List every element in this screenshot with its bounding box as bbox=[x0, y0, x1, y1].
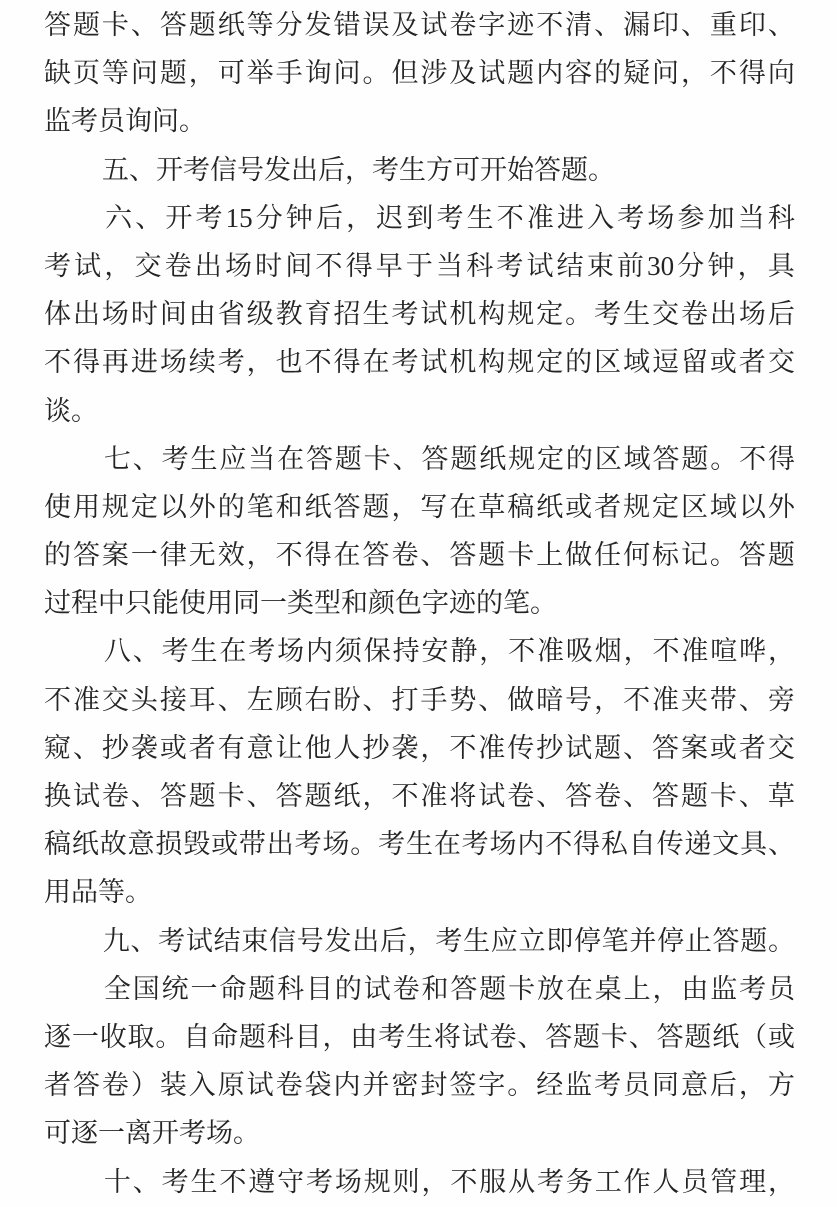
document-page: 答题卡、答题纸等分发错误及试卷字迹不清、漏印、重印、缺页等问题，可举手询问。但涉… bbox=[0, 0, 837, 1207]
text-line: 监考员询问。 bbox=[44, 97, 795, 145]
exam-rules-text: 答题卡、答题纸等分发错误及试卷字迹不清、漏印、重印、缺页等问题，可举手询问。但涉… bbox=[44, 1, 795, 1206]
text-line: 过程中只能使用同一类型和颜色字迹的笔。 bbox=[44, 579, 795, 627]
text-line: 缺页等问题，可举手询问。但涉及试题内容的疑问，不得向 bbox=[44, 49, 795, 97]
text-line: 七、考生应当在答题卡、答题纸规定的区域答题。不得 bbox=[44, 435, 795, 483]
text-line: 使用规定以外的笔和纸答题，写在草稿纸或者规定区域以外 bbox=[44, 483, 795, 531]
text-line: 谈。 bbox=[44, 387, 795, 435]
text-line: 窥、抄袭或者有意让他人抄袭，不准传抄试题、答案或者交 bbox=[44, 724, 795, 772]
text-line: 五、开考信号发出后，考生方可开始答题。 bbox=[44, 146, 795, 194]
text-line: 不准交头接耳、左顾右盼、打手势、做暗号，不准夹带、旁 bbox=[44, 676, 795, 724]
text-line: 者答卷）装入原试卷袋内并密封签字。经监考员同意后，方 bbox=[44, 1061, 795, 1109]
text-line: 体出场时间由省级教育招生考试机构规定。考生交卷出场后 bbox=[44, 290, 795, 338]
text-line: 九、考试结束信号发出后，考生应立即停笔并停止答题。 bbox=[44, 917, 795, 965]
text-line: 可逐一离开考场。 bbox=[44, 1109, 795, 1157]
text-line: 八、考生在考场内须保持安静，不准吸烟，不准喧哗， bbox=[44, 627, 795, 675]
text-line: 答题卡、答题纸等分发错误及试卷字迹不清、漏印、重印、 bbox=[44, 1, 795, 49]
text-line: 换试卷、答题卡、答题纸，不准将试卷、答卷、答题卡、草 bbox=[44, 772, 795, 820]
text-line: 稿纸故意损毁或带出考场。考生在考场内不得私自传递文具、 bbox=[44, 820, 795, 868]
text-line: 六、开考15分钟后，迟到考生不准进入考场参加当科 bbox=[44, 194, 795, 242]
text-line: 逐一收取。自命题科目，由考生将试卷、答题卡、答题纸（或 bbox=[44, 1013, 795, 1061]
text-line: 用品等。 bbox=[44, 868, 795, 916]
text-line: 不得再进场续考，也不得在考试机构规定的区域逗留或者交 bbox=[44, 338, 795, 386]
text-line: 的答案一律无效，不得在答卷、答题卡上做任何标记。答题 bbox=[44, 531, 795, 579]
text-line: 全国统一命题科目的试卷和答题卡放在桌上，由监考员 bbox=[44, 965, 795, 1013]
text-line: 考试，交卷出场时间不得早于当科考试结束前30分钟，具 bbox=[44, 242, 795, 290]
text-line: 十、考生不遵守考场规则，不服从考务工作人员管理， bbox=[44, 1158, 795, 1206]
